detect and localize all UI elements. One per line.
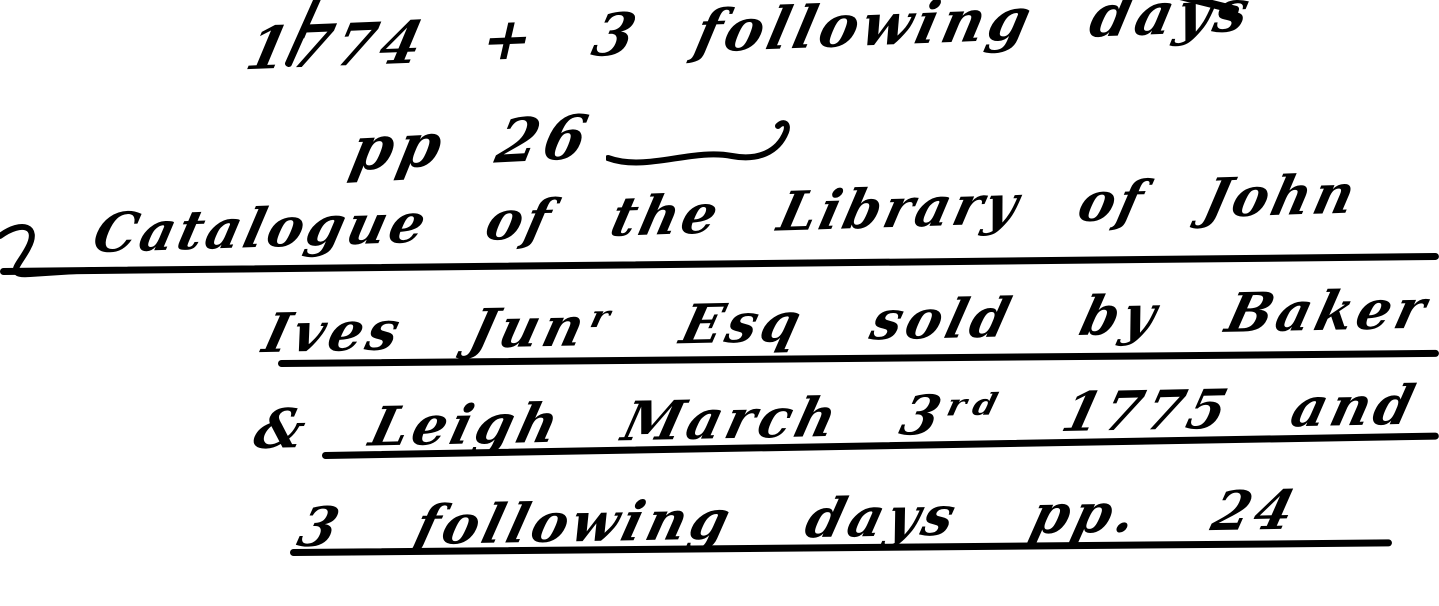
handwritten-line-year-days: 1774 + 3 following days bbox=[241, 0, 1258, 78]
manuscript-page: 1774 + 3 following days pp 26 Catalogue … bbox=[0, 0, 1439, 606]
handwritten-line-pages: pp 26 bbox=[346, 107, 598, 180]
partial-letter-stroke bbox=[0, 220, 96, 290]
flourish-dash bbox=[606, 118, 796, 180]
handwritten-line-struck-ives: Ives Junʳ Esq sold by Baker bbox=[258, 281, 1435, 360]
handwritten-line-struck-catalogue: Catalogue of the Library of John bbox=[89, 166, 1364, 260]
